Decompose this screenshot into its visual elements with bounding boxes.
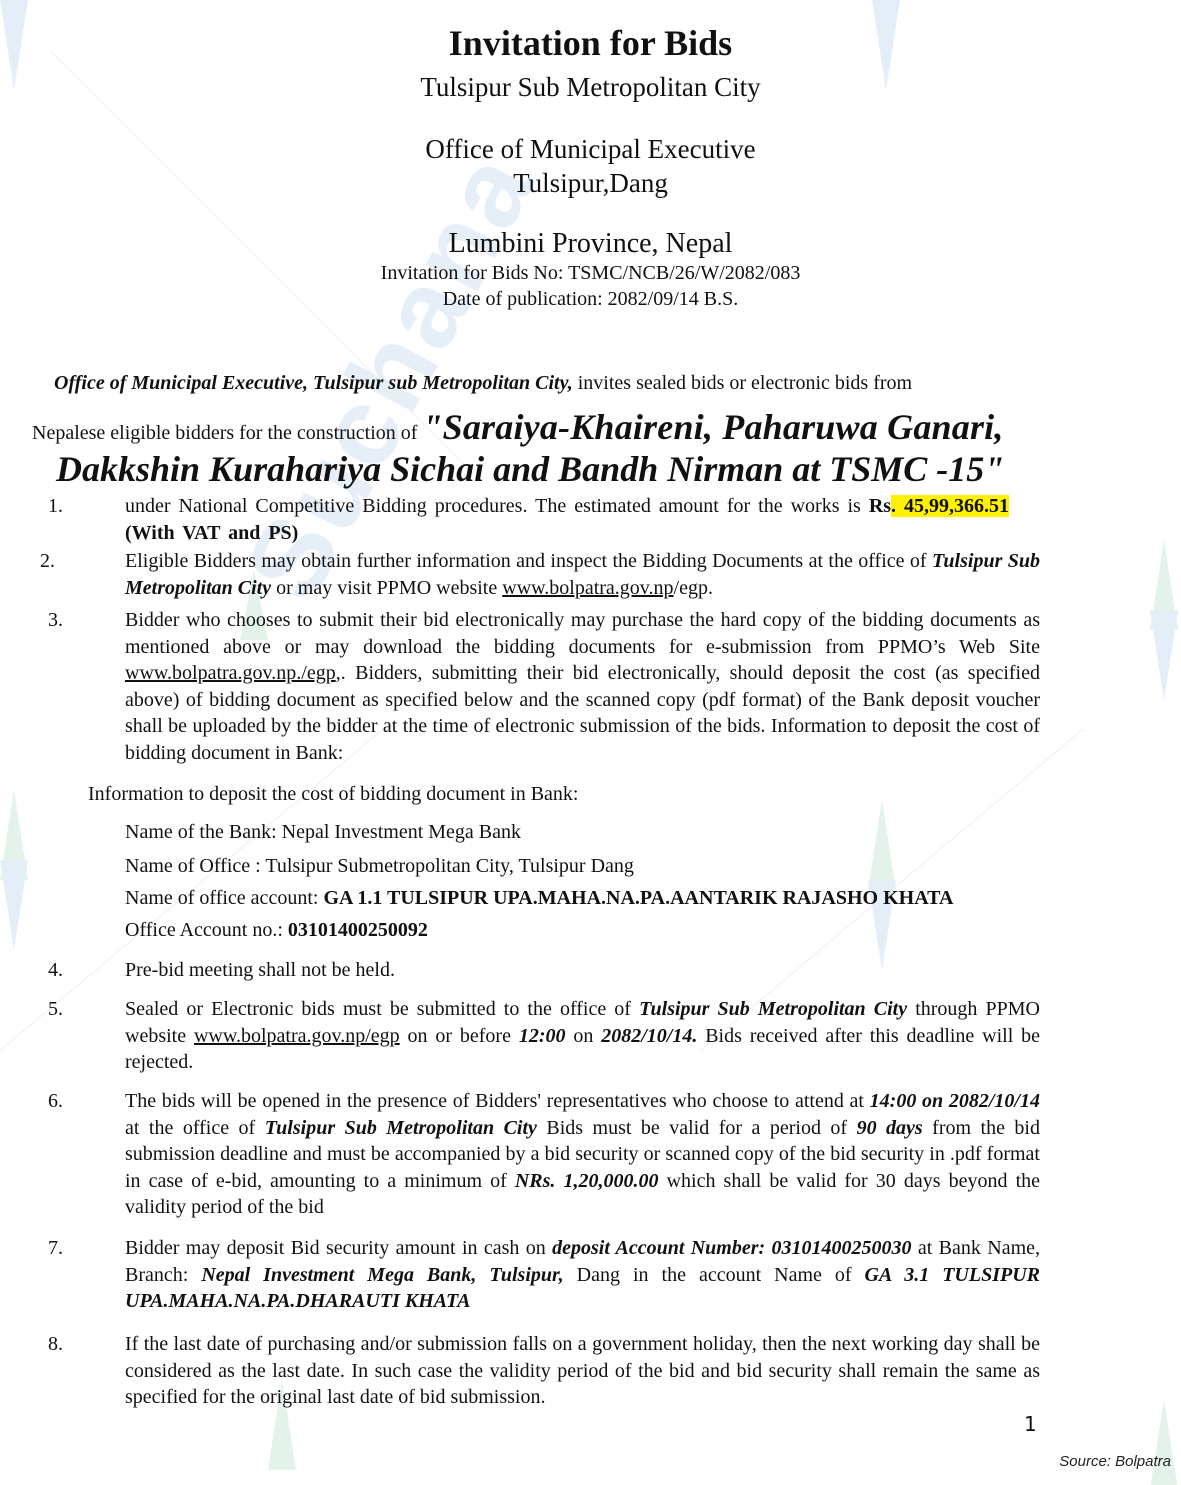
watermark-arrow-icon bbox=[0, 860, 28, 950]
office-name-info: Name of Office : Tulsipur Submetropolita… bbox=[125, 855, 634, 878]
watermark-arrow-icon bbox=[1150, 1400, 1178, 1485]
bolpatra-link[interactable]: www.bolpatra.gov.np bbox=[502, 577, 673, 599]
page-title: Invitation for Bids bbox=[0, 22, 1181, 64]
intro-line-1: Office of Municipal Executive, Tulsipur … bbox=[54, 372, 912, 395]
office-account-name: Name of office account: GA 1.1 TULSIPUR … bbox=[125, 887, 953, 910]
bolpatra-link[interactable]: www.bolpatra.gov.np./egp bbox=[125, 662, 336, 684]
page-number: 1 bbox=[1024, 1412, 1037, 1436]
bank-info-heading: Information to deposit the cost of biddi… bbox=[88, 783, 578, 806]
bank-name: Name of the Bank: Nepal Investment Mega … bbox=[125, 821, 521, 844]
watermark-arrow-icon bbox=[1150, 540, 1178, 630]
office-name: Office of Municipal Executive bbox=[0, 134, 1181, 165]
submission-date: 2082/10/14. bbox=[601, 1025, 697, 1047]
project-name: "Saraiya-Khaireni, Paharuwa Ganari, bbox=[422, 407, 1003, 447]
issuer: Office of Municipal Executive, Tulsipur … bbox=[54, 372, 573, 394]
intro-line-2: Nepalese eligible bidders for the constr… bbox=[32, 406, 1004, 448]
watermark-arrow-icon bbox=[1150, 610, 1178, 700]
office-location: Tulsipur,Dang bbox=[0, 168, 1181, 199]
estimated-amount: . 45,99,366.51 bbox=[891, 495, 1009, 517]
bolpatra-link[interactable]: www.bolpatra.gov.np/egp bbox=[194, 1025, 400, 1047]
source-credit: Source: Bolpatra bbox=[1059, 1453, 1171, 1470]
publication-date: Date of publication: 2082/09/14 B.S. bbox=[0, 288, 1181, 311]
province: Lumbini Province, Nepal bbox=[0, 228, 1181, 260]
office-account-number: Office Account no.: 03101400250092 bbox=[125, 919, 428, 942]
watermark-arrow-icon bbox=[0, 790, 28, 880]
opening-time: 14:00 on 2082/10/14 bbox=[870, 1090, 1040, 1112]
watermark-arrow-icon bbox=[868, 800, 896, 890]
project-name-continued: Dakkshin Kurahariya Sichai and Bandh Nir… bbox=[56, 448, 1004, 490]
city-name: Tulsipur Sub Metropolitan City bbox=[0, 72, 1181, 103]
bid-security-amount: NRs. 1,20,000.00 bbox=[515, 1170, 659, 1192]
submission-time: 12:00 bbox=[519, 1025, 566, 1047]
ifb-number: Invitation for Bids No: TSMC/NCB/26/W/20… bbox=[0, 262, 1181, 285]
